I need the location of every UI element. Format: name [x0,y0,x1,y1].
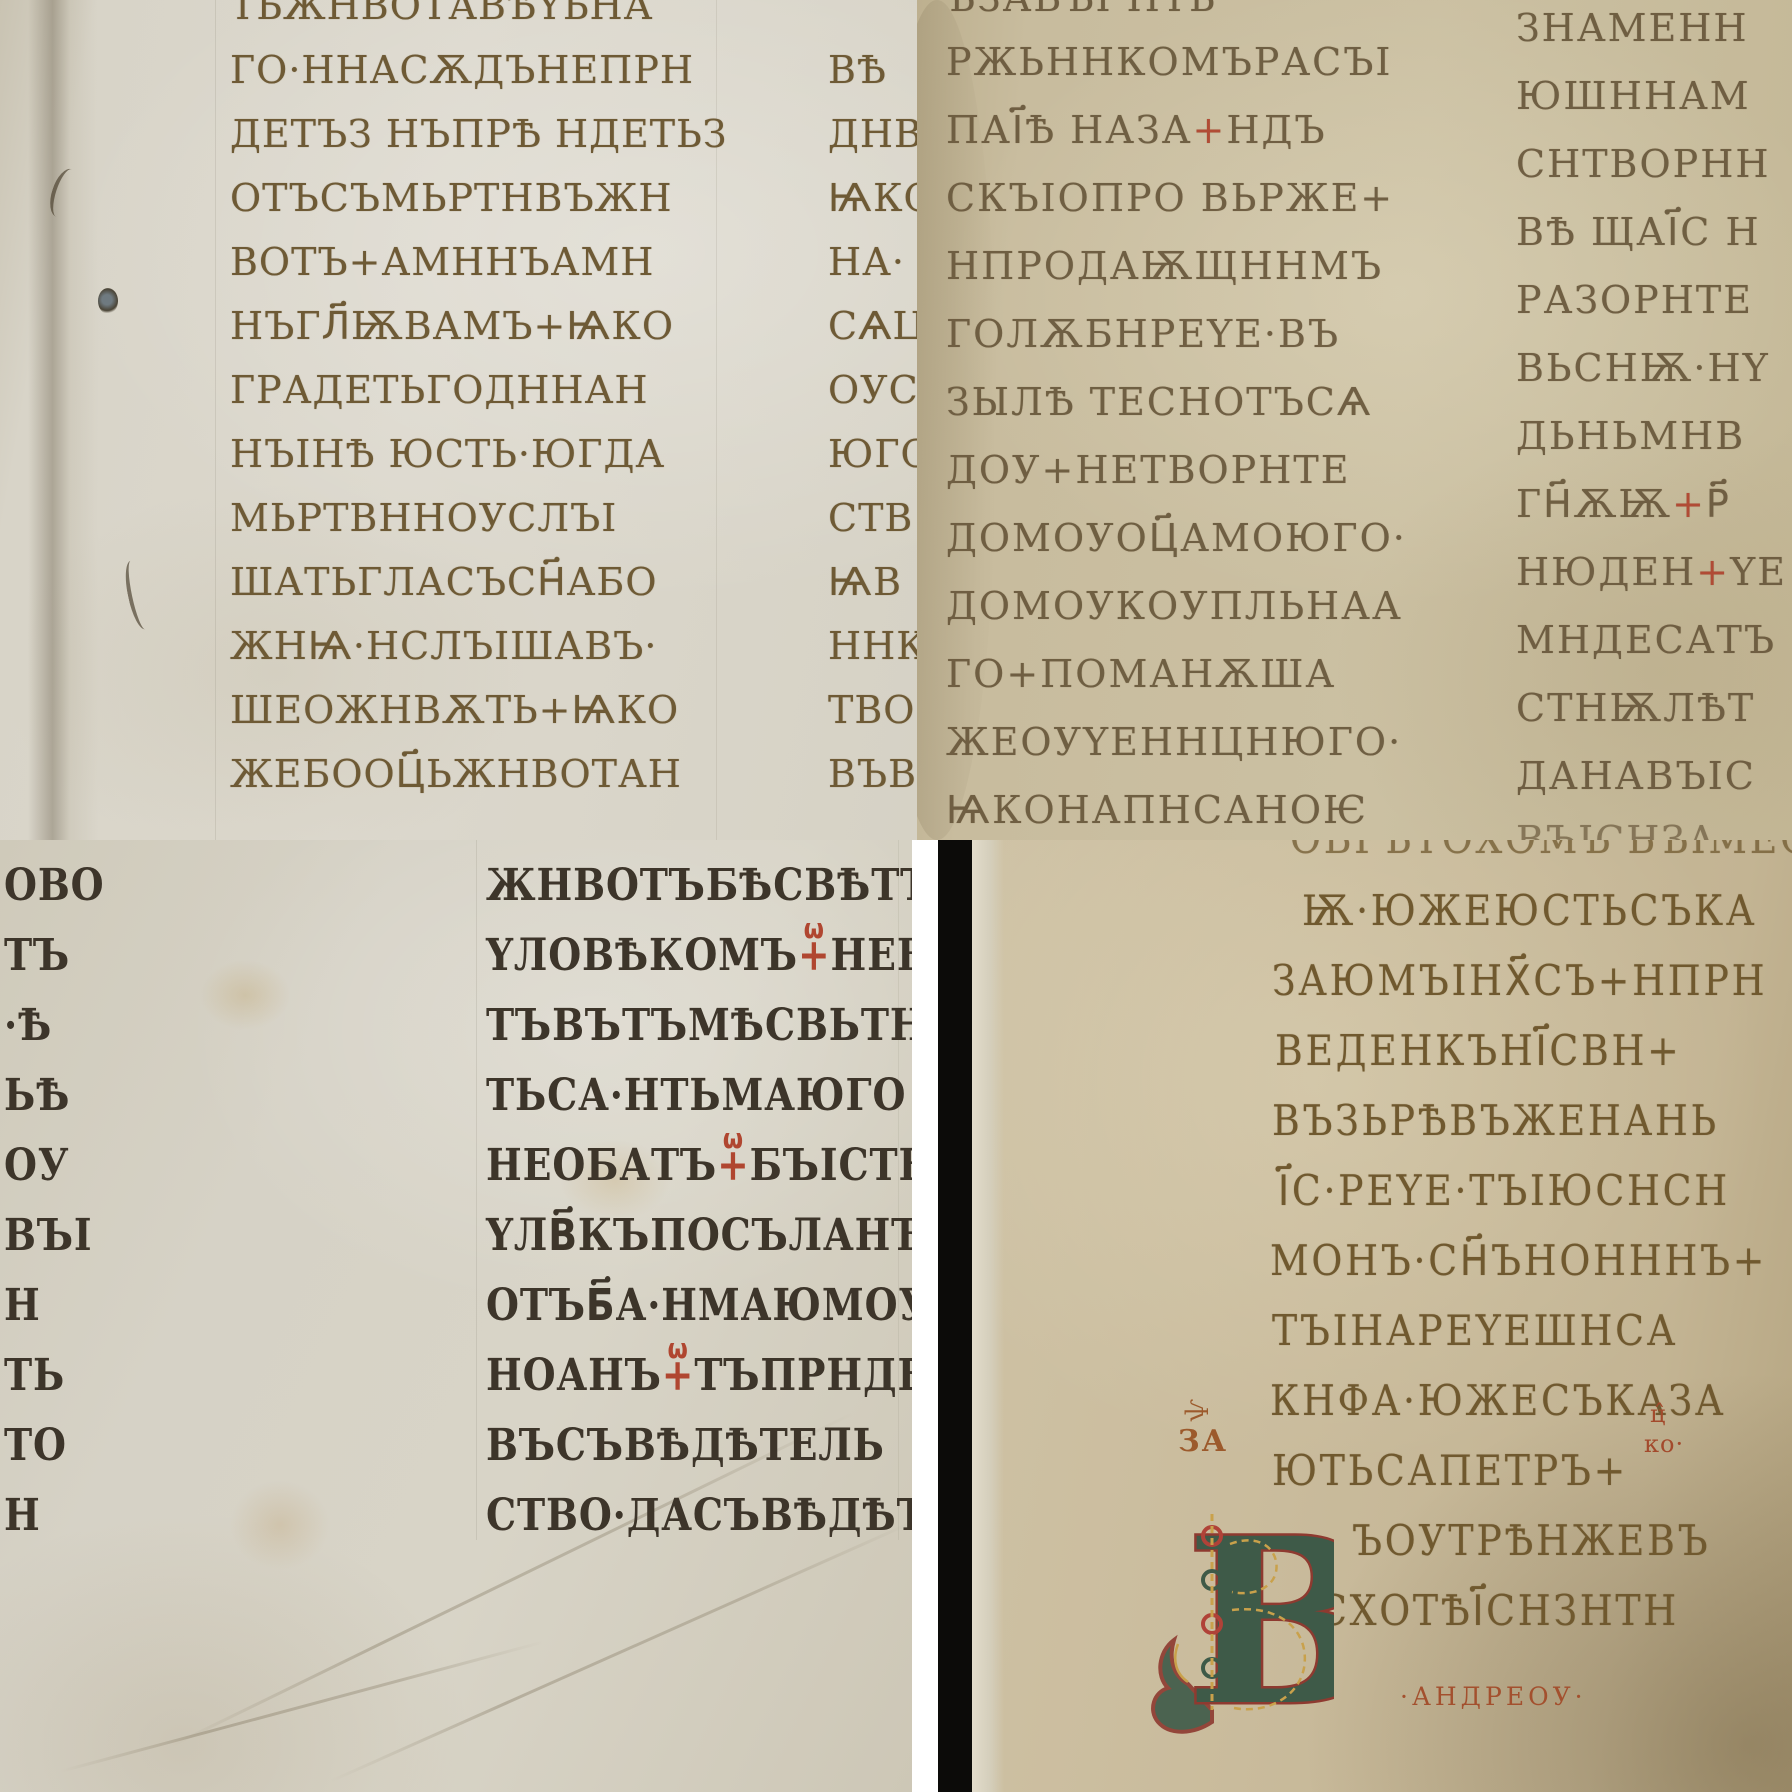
gutter-fold [28,0,98,840]
margin-line-fragment: ЬѢ [4,1070,70,1121]
text-line: ВѢ ЩАІ҃С Н [1516,210,1761,254]
text-line: ЗНАМЕНН [1516,6,1749,50]
text-line: НОАНЪѡ+ТЪПРНДЕ [486,1350,912,1401]
clipped-line-fragment: ВЪІСНЗА [1516,818,1718,840]
text-line: НЪГЛ҃ѬВАМЪ+ѨКО [230,304,674,348]
text-line: ОТЪСЪМЬРТНВЪЖН [230,176,672,220]
line-segment: Р҃ [1706,482,1731,526]
sewing-thread [121,559,155,632]
text-line: ЖНВОТЪБѢСВѢТЪ [486,860,912,911]
ruling-line [476,840,477,1540]
clipped-line-fragment: ѨКО [828,176,917,220]
text-line: ПАІ҃Ѣ НАЗА+НДЪ [946,108,1327,152]
clipped-line-fragment: СТВ [828,496,913,540]
text-line: ТЬСА·НТЬМАЮГО [486,1070,906,1121]
margin-line-fragment: ОУ [4,1140,69,1191]
margin-line-fragment: ТЪ [4,930,70,981]
text-line: МОНЪ·СН҃ЪНОНННЪ+ [1270,1236,1767,1285]
margin-line-fragment: ВЪІ [4,1210,92,1261]
text-line: ЗЫЛѢ ТЕСНОТЪСѦ [946,380,1372,424]
red-cross-mark: + [1672,482,1706,526]
margin-line-fragment: Н [4,1280,41,1331]
margin-line-fragment: ТО [4,1420,67,1471]
corner-abbreviation: ко· [1644,1430,1684,1458]
clipped-line-fragment: ТВО [828,688,915,732]
photo-bottom-right-page: ОВРѢТОХОМЪ ВЪІМЕСН Ѭ·ЮЖЕЮСТЬСЪКА ЗАЮМЪІН… [938,840,1792,1792]
binding-gutter [938,840,972,1792]
red-cross-mark: + [1696,550,1730,594]
red-cross-mark: + [1193,108,1227,152]
text-line: ВЕДЕНКЪНІ҃СВН+ [1275,1026,1682,1075]
line-segment: ΥЕ [1730,550,1787,594]
text-line: ДЕТЪЗ НЪПРѢ НДЕТЬЗ [230,112,727,156]
margin-line-fragment: ·Ѣ [4,1000,52,1051]
line-segment: НДЪ [1226,108,1326,152]
clipped-line-fragment: ѢЗАВЪІ НТЬ [946,0,1217,20]
text-line: ΥЛВ҃КЪПОСЪЛАНЪ [486,1210,912,1261]
text-line: ВЪСЪВѢДѢТЕЛЬ [486,1420,885,1471]
text-line: НЕОБАТЪѡ+БЪІСТЬ [486,1140,912,1191]
text-line: І҃С·РЕΥЕ·ТЪІЮСНСН [1278,1166,1730,1215]
red-superscript-omega: ѡ [667,1333,688,1365]
text-line: ТЪВЪТЪМѢСВЬТН [486,1000,912,1051]
text-line: ГРАДЕТЬГОДННАН [230,368,649,412]
margin-line-fragment: ТЬ [4,1350,65,1401]
text-line: ШЕОЖНВѪТЬ+ѨКО [230,688,679,732]
line-segment: ТЪПРНДЕ [694,1350,912,1401]
text-line: НЪІНѢ ЮСТЬ·ЮГДА [230,432,665,476]
text-line: ДОУ+НЕТВОРНТЕ [946,448,1350,492]
photo-bottom-left-page: ОВО ТЪ ·Ѣ ЬѢ ОУ ВЪІ Н ТЬ ТО Н ЖНВОТЪБѢСВ… [0,840,912,1792]
text-line: ТЬЖНВОТАВѢΥЬНА [230,0,653,28]
text-line: ЖЕБООЦ҃ЬЖНВОТАН [230,752,682,796]
text-line: ВОТЪ+АМННЪАМН [230,240,654,284]
text-line: ДЬНЬМНВ [1516,414,1745,458]
line-segment: ПАІ҃Ѣ НАЗА [946,108,1193,152]
text-line: ОТЪБ҃А·НМАЮМОУ [486,1280,912,1331]
text-line: РЖЬННКОМЪРАСЪІ [946,40,1392,84]
clipped-line-fragment: ДНВ [828,112,917,156]
text-line: СХОТѢІ҃СНЗНТН [1318,1586,1679,1635]
text-line: ЮШННАМ [1516,74,1751,118]
text-line: СНТВОРНН [1516,142,1770,186]
text-line: ЖНѨ·НСЛЪІШАВЪ· [230,624,657,668]
text-line: ГО+ПОМАНѪША [946,652,1336,696]
line-segment: НЕОБАТЪ [486,1140,717,1191]
text-line: ЗАЮМЪІНХ҃СЪ+НПРН [1272,956,1767,1005]
text-line: ЪОУТРѢНЖЕВЪ [1352,1516,1710,1565]
text-line: СКЪІОПРО ВЬРЖЕ+ [946,176,1394,220]
text-line: ТЪІНАРЕΥЕШНСА [1272,1306,1678,1355]
clipped-line-fragment: ЮГО· [828,432,917,476]
clipped-line-fragment: СѦЦ [828,304,917,348]
clipped-line-fragment: ѨВ [828,560,902,604]
text-line: ЖЕОУΥЕННЦНЮГО· [946,720,1402,764]
text-line: ΥЛОВѢКОМЪѡ+НЕВѢ [486,930,912,981]
photo-top-right-page: ѢЗАВЪІ НТЬ РЖЬННКОМЪРАСЪІ ПАІ҃Ѣ НАЗА+НДЪ… [917,0,1792,840]
clipped-line-fragment: ОВРѢТОХОМЪ ВЪІМЕСН [1290,840,1792,863]
text-line: ВЪЗЬРѢВЪЖЕНАНЬ [1272,1096,1719,1145]
margin-line-fragment: Н [4,1490,41,1541]
photo-top-left-page: ТЬЖНВОТАВѢΥЬНА ГО·ННАСѪДЪНЕПРН ДЕТЪЗ НЪП… [0,0,917,840]
text-line: ГН҃ѪѬ+Р҃ [1516,482,1731,526]
text-line: ДОМОУОЦ҃АМОЮГО· [946,516,1407,560]
initial-letter-glyph: В [1186,1488,1334,1736]
text-line: МНДЕСАТЪ [1516,618,1776,662]
text-line: ВЬСНѬ·НΥ [1516,346,1770,390]
fold-crease [329,1520,912,1783]
parchment-stain [230,1480,330,1570]
page-edge [972,840,1004,1792]
red-superscript-omega: ѡ [804,913,825,945]
text-line: СТНѬЛѢТ [1516,686,1755,730]
line-segment: НЕВѢ [831,930,912,981]
text-line: НПРОДАѬЩННМЪ [946,244,1383,288]
clipped-line-fragment: ВѢ [828,48,887,92]
corner-abbreviation-top: ц̂ [1650,1400,1666,1428]
text-line: НЮДЕН+ΥЕ [1516,550,1787,594]
red-superscript-omega: ѡ [723,1123,744,1155]
clipped-line-fragment: ННК [828,624,917,668]
zachalo-mark: ЗА [1178,1424,1228,1459]
ruling-line [215,0,216,840]
line-segment: БЪІСТЬ [750,1140,912,1191]
text-line: СТВО·ДАСЪВѢДѢТЕ [486,1490,912,1541]
fold-crease [60,1641,544,1773]
zachalo-flourish: ѱ [1181,1399,1209,1421]
line-segment: ΥЛОВѢКОМЪ [486,930,798,981]
clipped-line-fragment: НА· [828,240,905,284]
line-segment: НОАНЪ [486,1350,662,1401]
text-line: ДОМОУКОУПЛЬНАА [946,584,1403,628]
text-line: РАЗОРНТЕ [1516,278,1753,322]
illuminated-initial-v: В [1134,1484,1334,1736]
text-line: МЬРТВННОУСЛЪІ [230,496,617,540]
margin-line-fragment: ОВО [4,860,104,911]
parchment-stain [200,960,290,1030]
text-line: ГОЛѪБНРЕΥЕ·ВЪ [946,312,1340,356]
text-line: ГО·ННАСѪДЪНЕПРН [230,48,694,92]
text-line: ШАТЬГЛАСЪСН҃АБО [230,560,658,604]
text-line: ДАНАВЪІС [1516,754,1756,798]
clipped-line-fragment: ВЪВ [828,752,917,796]
scribe-annotation-andreou: ·АНДРЕОУ· [1400,1682,1587,1711]
line-segment: ГН҃ѪѬ [1516,482,1672,526]
text-line: ѨКОНАПНСАНОѤ [946,788,1368,832]
line-segment: НЮДЕН [1516,550,1696,594]
stitch-hole [98,288,118,314]
text-line: Ѭ·ЮЖЕЮСТЬСЪКА [1302,886,1757,935]
clipped-line-fragment: ОУСА [828,368,917,412]
